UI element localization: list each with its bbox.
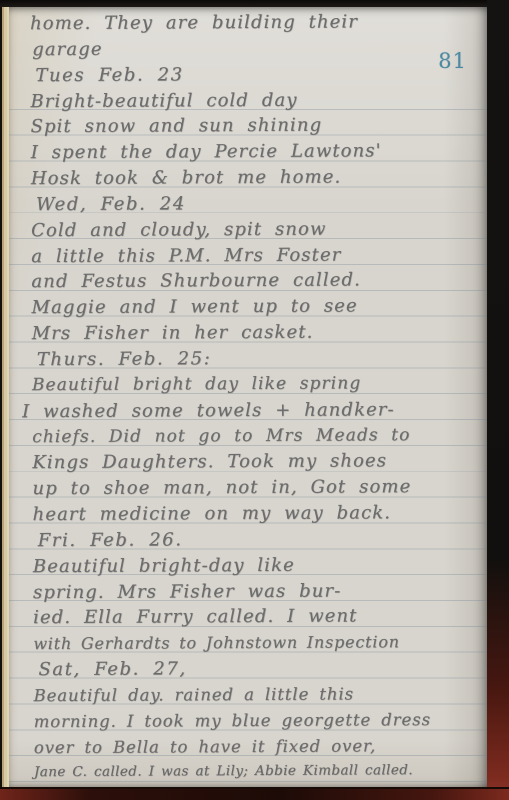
handwritten-line-date: Wed, Feb. 24 — [36, 190, 474, 218]
handwritten-line-date: Tues Feb. 23 — [35, 61, 473, 89]
handwritten-line: home. They are building their — [30, 9, 473, 37]
handwritten-line: Cold and cloudy, spit snow — [31, 216, 474, 244]
handwritten-line: chiefs. Did not go to Mrs Meads to — [32, 422, 475, 450]
book-cover-right-edge — [487, 0, 509, 800]
handwritten-line: and Festus Shurbourne called. — [31, 267, 474, 295]
handwritten-line: Maggie and I went up to see — [31, 293, 474, 321]
handwritten-line: Spit snow and sun shining — [31, 112, 474, 140]
handwritten-line: Kings Daughters. Took my shoes — [32, 448, 475, 476]
handwritten-line: garage — [32, 35, 473, 63]
handwritten-line: I washed some towels + handker- — [22, 396, 475, 424]
handwritten-line: ied. Ella Furry called. I went — [33, 603, 476, 631]
handwritten-line-date: Sat, Feb. 27, — [38, 655, 476, 683]
handwritten-line: Beautiful bright-day like — [33, 552, 476, 580]
diary-page: 81 home. They are building their garage … — [9, 7, 487, 787]
handwritten-line: Mrs Fisher in her casket. — [32, 319, 475, 347]
handwritten-line-date: Thurs. Feb. 25: — [37, 345, 475, 373]
handwritten-line: a little this P.M. Mrs Foster — [31, 241, 474, 269]
handwritten-line-date: Fri. Feb. 26. — [38, 526, 476, 554]
handwriting-block: home. They are building their garage Tue… — [30, 9, 477, 787]
book-cover-bottom-edge — [0, 787, 509, 800]
handwritten-line: I spent the day Percie Lawtons' — [31, 138, 474, 166]
handwritten-line: Hosk took & brot me home. — [31, 164, 474, 192]
handwritten-line: Bright-beautiful cold day — [30, 86, 473, 114]
handwritten-line: spring. Mrs Fisher was bur- — [33, 577, 476, 605]
handwritten-line: Jane C. called. I was at Lily; Abbie Kim… — [34, 758, 477, 786]
handwritten-line: Beautiful bright day like spring — [32, 371, 475, 399]
handwritten-line: over to Bella to have it fixed over, — [34, 732, 477, 760]
handwritten-line: with Gerhardts to Johnstown Inspection — [33, 629, 476, 657]
book-cover-top-edge — [0, 0, 509, 7]
page-edge-stack — [0, 7, 9, 787]
diary-photo: 81 home. They are building their garage … — [0, 0, 509, 800]
handwritten-line: morning. I took my blue georgette dress — [34, 707, 477, 735]
handwritten-line: heart medicine on my way back. — [33, 500, 476, 528]
handwritten-line: Beautiful day. rained a little this — [33, 681, 476, 709]
handwritten-line: up to shoe man, not in, Got some — [32, 474, 475, 502]
